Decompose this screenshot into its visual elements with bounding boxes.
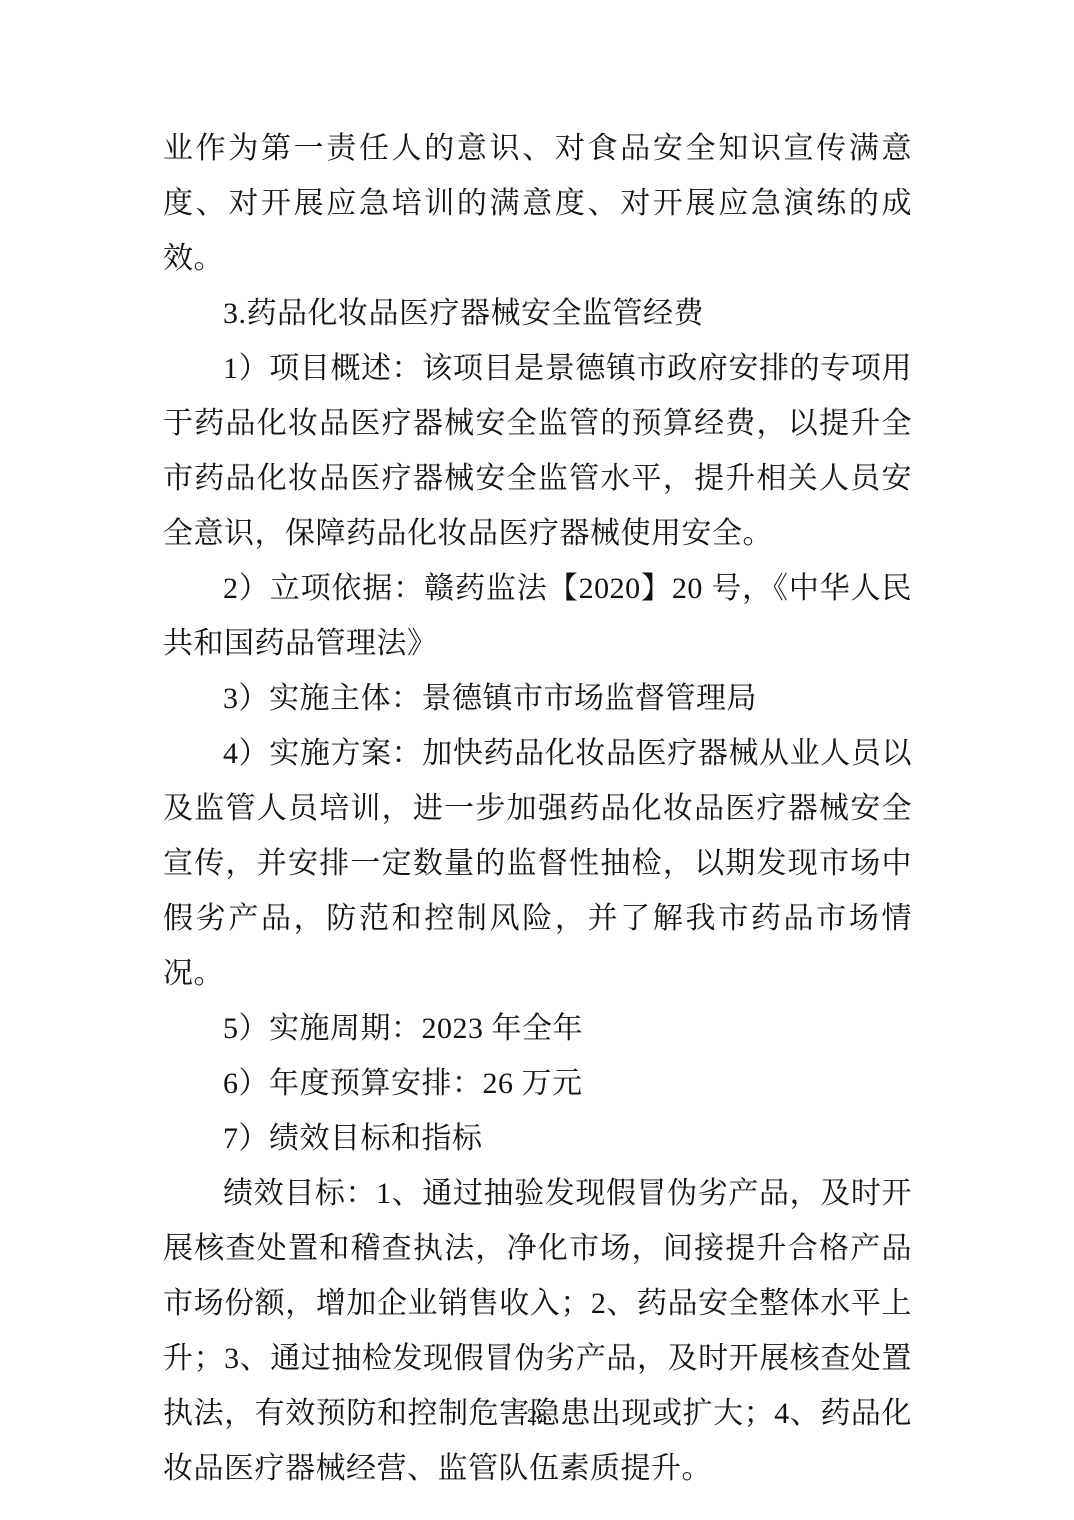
document-page: 业作为第一责任人的意识、对食品安全知识宣传满意度、对开展应急培训的满意度、对开展… xyxy=(0,0,1074,1520)
paragraph: 1）项目概述：该项目是景德镇市政府安排的专项用于药品化妆品医疗器械安全监管的预算… xyxy=(163,341,912,561)
paragraph: 3）实施主体：景德镇市市场监督管理局 xyxy=(163,671,912,726)
paragraph: 业作为第一责任人的意识、对食品安全知识宣传满意度、对开展应急培训的满意度、对开展… xyxy=(163,121,912,286)
paragraph: 5）实施周期：2023 年全年 xyxy=(163,1001,912,1056)
paragraph: 7）绩效目标和指标 xyxy=(163,1111,912,1166)
page-number: 23 xyxy=(0,1402,1074,1430)
document-body: 业作为第一责任人的意识、对食品安全知识宣传满意度、对开展应急培训的满意度、对开展… xyxy=(163,121,912,1496)
paragraph: 6）年度预算安排：26 万元 xyxy=(163,1056,912,1111)
paragraph: 2）立项依据：赣药监法【2020】20 号，《中华人民共和国药品管理法》 xyxy=(163,561,912,671)
paragraph: 绩效目标：1、通过抽验发现假冒伪劣产品，及时开展核查处置和稽查执法，净化市场，间… xyxy=(163,1166,912,1496)
paragraph: 4）实施方案：加快药品化妆品医疗器械从业人员以及监管人员培训，进一步加强药品化妆… xyxy=(163,726,912,1001)
paragraph: 3.药品化妆品医疗器械安全监管经费 xyxy=(163,286,912,341)
